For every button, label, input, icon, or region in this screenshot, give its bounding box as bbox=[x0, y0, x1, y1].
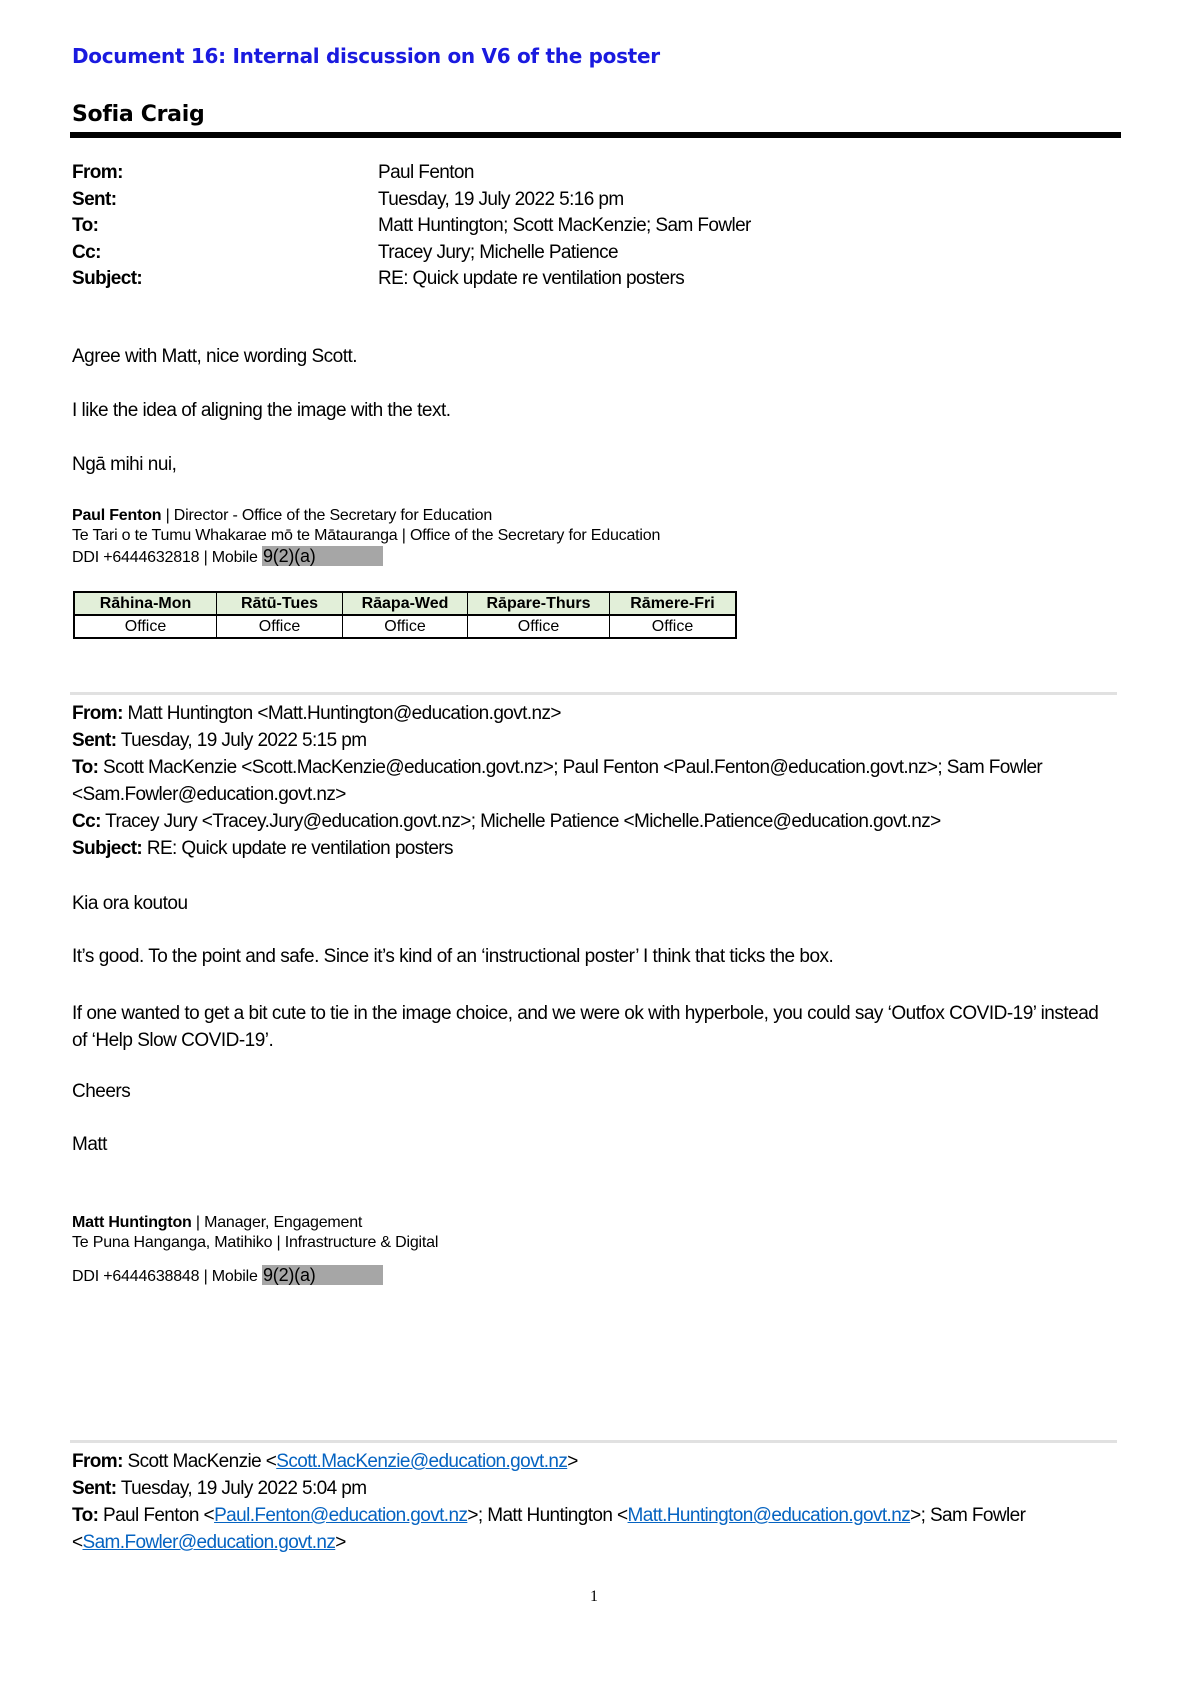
mailbox-owner-name: Sofia Craig bbox=[72, 102, 204, 127]
subject-label: Subject: bbox=[72, 266, 378, 293]
email2-cc-row: Cc: Tracey Jury <Tracey.Jury@education.g… bbox=[72, 808, 1122, 835]
signature-org: Te Tari o te Tumu Whakarae mō te Mātaura… bbox=[72, 526, 660, 546]
redaction-box: 9(2)(a) bbox=[262, 546, 383, 566]
email2-closing: Cheers bbox=[72, 1081, 130, 1103]
email2-body-line: It’s good. To the point and safe. Since … bbox=[72, 946, 833, 968]
signature-phone: DDI +6444638848 | Mobile bbox=[72, 1268, 262, 1285]
subject-value: RE: Quick update re ventilation posters bbox=[378, 266, 684, 293]
email2-signature: Matt Huntington | Manager, Engagement Te… bbox=[72, 1213, 438, 1287]
sent-label: Sent: bbox=[72, 187, 378, 214]
recipient-name: Matt Huntington < bbox=[483, 1505, 628, 1526]
schedule-location: Office bbox=[468, 615, 610, 638]
redaction-box: 9(2)(a) bbox=[262, 1265, 383, 1285]
from-label: From: bbox=[72, 160, 378, 187]
email1-to-row: To: Matt Huntington; Scott MacKenzie; Sa… bbox=[72, 213, 751, 240]
sent-label: Sent: bbox=[72, 730, 117, 751]
signature-org: Te Puna Hanganga, Matihiko | Infrastruct… bbox=[72, 1233, 438, 1253]
email1-subject-row: Subject: RE: Quick update re ventilation… bbox=[72, 266, 751, 293]
email-link[interactable]: Sam.Fowler@education.govt.nz bbox=[83, 1532, 336, 1553]
signature-phone: DDI +6444632818 | Mobile bbox=[72, 549, 262, 566]
email-link[interactable]: Paul.Fenton@education.govt.nz bbox=[214, 1505, 467, 1526]
schedule-header-row: Rāhina-Mon Rātū-Tues Rāapa-Wed Rāpare-Th… bbox=[74, 592, 736, 615]
from-name: Scott MacKenzie < bbox=[123, 1451, 276, 1472]
email-divider bbox=[70, 692, 1117, 695]
schedule-location: Office bbox=[343, 615, 468, 638]
email1-cc-row: Cc: Tracey Jury; Michelle Patience bbox=[72, 240, 751, 267]
schedule-day-wed: Rāapa-Wed bbox=[343, 592, 468, 615]
sent-value: Tuesday, 19 July 2022 5:16 pm bbox=[378, 187, 624, 214]
email1-sent-row: Sent: Tuesday, 19 July 2022 5:16 pm bbox=[72, 187, 751, 214]
email3-header: From: Scott MacKenzie <Scott.MacKenzie@e… bbox=[72, 1448, 1122, 1556]
schedule-location: Office bbox=[610, 615, 737, 638]
email1-body-line: Agree with Matt, nice wording Scott. bbox=[72, 346, 357, 368]
separator: >; bbox=[467, 1505, 482, 1526]
email-link[interactable]: Matt.Huntington@education.govt.nz bbox=[628, 1505, 911, 1526]
to-label: To: bbox=[72, 1505, 98, 1526]
email2-from-row: From: Matt Huntington <Matt.Huntington@e… bbox=[72, 700, 1122, 727]
email2-sent-row: Sent: Tuesday, 19 July 2022 5:15 pm bbox=[72, 727, 1122, 754]
email2-subject-row: Subject: RE: Quick update re ventilation… bbox=[72, 835, 1122, 862]
signature-name: Matt Huntington bbox=[72, 1214, 192, 1231]
schedule-location-row: Office Office Office Office Office bbox=[74, 615, 736, 638]
email1-from-row: From: Paul Fenton bbox=[72, 160, 751, 187]
from-label: From: bbox=[72, 1451, 123, 1472]
email1-header: From: Paul Fenton Sent: Tuesday, 19 July… bbox=[72, 160, 751, 293]
schedule-day-mon: Rāhina-Mon bbox=[74, 592, 217, 615]
schedule-day-fri: Rāmere-Fri bbox=[610, 592, 737, 615]
email1-signature: Paul Fenton | Director - Office of the S… bbox=[72, 506, 660, 568]
page-number: 1 bbox=[590, 1588, 598, 1606]
cc-value: Tracey Jury <Tracey.Jury@education.govt.… bbox=[101, 811, 941, 832]
from-value: Matt Huntington <Matt.Huntington@educati… bbox=[123, 703, 561, 724]
to-label: To: bbox=[72, 757, 98, 778]
document-title: Document 16: Internal discussion on V6 o… bbox=[72, 44, 660, 68]
to-value: Scott MacKenzie <Scott.MacKenzie@educati… bbox=[72, 757, 1042, 805]
cc-label: Cc: bbox=[72, 811, 101, 832]
separator: > bbox=[335, 1532, 346, 1553]
email2-signoff: Matt bbox=[72, 1134, 107, 1156]
from-label: From: bbox=[72, 703, 123, 724]
signature-title: | Director - Office of the Secretary for… bbox=[161, 507, 492, 524]
email2-body-line: If one wanted to get a bit cute to tie i… bbox=[72, 1000, 1112, 1054]
email2-to-row: To: Scott MacKenzie <Scott.MacKenzie@edu… bbox=[72, 754, 1122, 808]
email-link[interactable]: Scott.MacKenzie@education.govt.nz bbox=[276, 1451, 567, 1472]
schedule-location: Office bbox=[217, 615, 343, 638]
email2-header: From: Matt Huntington <Matt.Huntington@e… bbox=[72, 700, 1122, 862]
schedule-location: Office bbox=[74, 615, 217, 638]
sent-value: Tuesday, 19 July 2022 5:04 pm bbox=[117, 1478, 367, 1499]
subject-value: RE: Quick update re ventilation posters bbox=[142, 838, 453, 859]
sent-value: Tuesday, 19 July 2022 5:15 pm bbox=[117, 730, 367, 751]
email3-sent-row: Sent: Tuesday, 19 July 2022 5:04 pm bbox=[72, 1475, 1122, 1502]
subject-label: Subject: bbox=[72, 838, 142, 859]
schedule-day-tue: Rātū-Tues bbox=[217, 592, 343, 615]
email2-greeting: Kia ora koutou bbox=[72, 893, 188, 915]
heading-rule bbox=[70, 132, 1121, 138]
schedule-day-thu: Rāpare-Thurs bbox=[468, 592, 610, 615]
cc-value: Tracey Jury; Michelle Patience bbox=[378, 240, 618, 267]
signature-title: | Manager, Engagement bbox=[192, 1214, 363, 1231]
from-value: Paul Fenton bbox=[378, 160, 474, 187]
cc-label: Cc: bbox=[72, 240, 378, 267]
email1-body-line: I like the idea of aligning the image wi… bbox=[72, 400, 451, 422]
to-value: Matt Huntington; Scott MacKenzie; Sam Fo… bbox=[378, 213, 751, 240]
recipient-name: Paul Fenton < bbox=[98, 1505, 214, 1526]
signature-name: Paul Fenton bbox=[72, 507, 161, 524]
work-schedule-table: Rāhina-Mon Rātū-Tues Rāapa-Wed Rāpare-Th… bbox=[73, 591, 737, 639]
email3-from-row: From: Scott MacKenzie <Scott.MacKenzie@e… bbox=[72, 1448, 1122, 1475]
sent-label: Sent: bbox=[72, 1478, 117, 1499]
email-divider bbox=[70, 1440, 1117, 1443]
email3-to-row: To: Paul Fenton <Paul.Fenton@education.g… bbox=[72, 1502, 1122, 1556]
bracket: > bbox=[567, 1451, 578, 1472]
to-label: To: bbox=[72, 213, 378, 240]
email1-closing: Ngā mihi nui, bbox=[72, 454, 176, 476]
separator: >; bbox=[910, 1505, 925, 1526]
